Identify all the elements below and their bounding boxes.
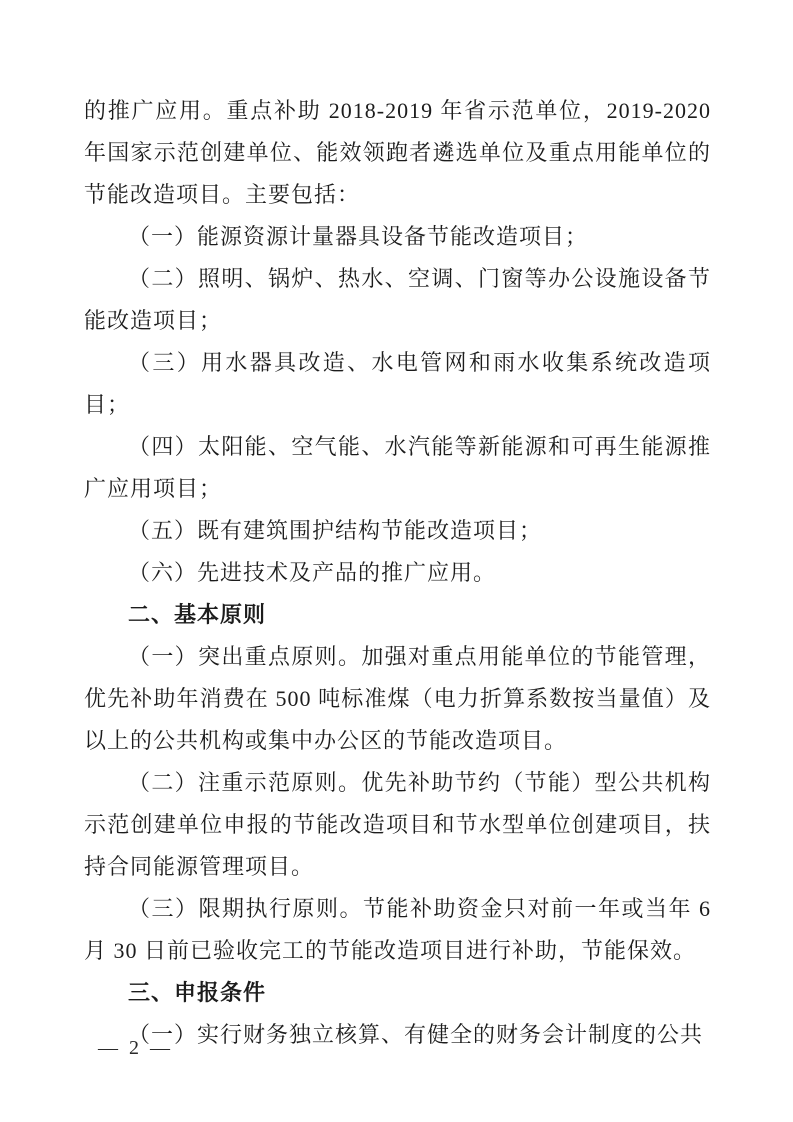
document-paragraph: （六）先进技术及产品的推广应用。 bbox=[84, 552, 711, 594]
page-number: — 2 — bbox=[98, 1034, 173, 1062]
paragraph-lead: （二）注重示范原则。 bbox=[128, 770, 361, 795]
document-paragraph: （三）限期执行原则。节能补助资金只对前一年或当年 6 月 30 日前已验收完工的… bbox=[84, 888, 711, 972]
section-heading: 三、申报条件 bbox=[84, 972, 711, 1014]
document-body: 的推广应用。重点补助 2018-2019 年省示范单位，2019-2020 年国… bbox=[84, 90, 711, 1056]
document-paragraph: （一）实行财务独立核算、有健全的财务会计制度的公共 bbox=[84, 1014, 711, 1056]
document-paragraph: （五）既有建筑围护结构节能改造项目； bbox=[84, 510, 711, 552]
document-paragraph: （二）照明、锅炉、热水、空调、门窗等办公设施设备节能改造项目； bbox=[84, 258, 711, 342]
document-paragraph: 的推广应用。重点补助 2018-2019 年省示范单位，2019-2020 年国… bbox=[84, 90, 711, 216]
document-paragraph: （二）注重示范原则。优先补助节约（节能）型公共机构示范创建单位申报的节能改造项目… bbox=[84, 762, 711, 888]
paragraph-lead: （三）限期执行原则。 bbox=[128, 896, 363, 921]
paragraph-lead: （一）突出重点原则。 bbox=[128, 644, 361, 669]
document-paragraph: （四）太阳能、空气能、水汽能等新能源和可再生能源推广应用项目； bbox=[84, 426, 711, 510]
document-paragraph: （一）能源资源计量器具设备节能改造项目； bbox=[84, 216, 711, 258]
document-paragraph: （一）突出重点原则。加强对重点用能单位的节能管理，优先补助年消费在 500 吨标… bbox=[84, 636, 711, 762]
document-paragraph: （三）用水器具改造、水电管网和雨水收集系统改造项目； bbox=[84, 342, 711, 426]
section-heading: 二、基本原则 bbox=[84, 594, 711, 636]
document-page: 的推广应用。重点补助 2018-2019 年省示范单位，2019-2020 年国… bbox=[0, 0, 793, 1122]
